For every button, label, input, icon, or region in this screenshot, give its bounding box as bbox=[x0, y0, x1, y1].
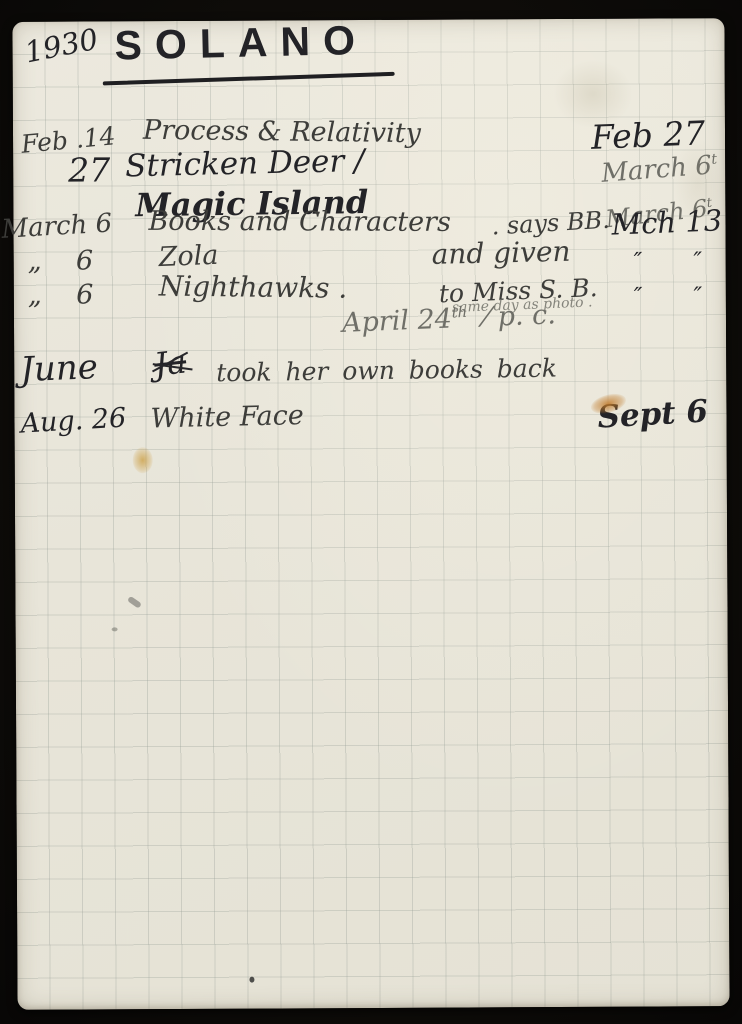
superscript: th bbox=[451, 303, 467, 322]
entry-note: . says BB. bbox=[491, 208, 610, 239]
entry-date-out: Aug. 26 bbox=[20, 405, 127, 438]
superscript: t bbox=[711, 152, 718, 168]
entry-date-returned: Sept 6 bbox=[597, 396, 709, 433]
entry-date-returned: Mch 13 bbox=[611, 206, 723, 239]
library-card: 1930 SOLANO Feb .14 Process & Relativity… bbox=[12, 18, 729, 1010]
entry-date-returned-ditto: ″ ″ bbox=[634, 285, 702, 308]
entry-date-out: March 6 bbox=[1, 210, 113, 242]
entry-book-title: Books and Characters bbox=[148, 208, 450, 236]
entry-date-returned: March 6t bbox=[600, 152, 718, 187]
card-title-member-name: SOLANO bbox=[114, 20, 368, 67]
pencil-fleck bbox=[112, 627, 118, 631]
entry-note: and given bbox=[431, 238, 570, 269]
paper-stain-yellow bbox=[133, 447, 153, 473]
crossed-out-word: Ja bbox=[153, 345, 188, 380]
entry-date-out: June bbox=[20, 350, 99, 387]
entry-book-title: Zola bbox=[158, 242, 219, 271]
paper-fleck-bottom bbox=[249, 977, 254, 983]
april-annotation: April 24th ⁄ p. c. bbox=[342, 301, 557, 337]
pencil-fleck bbox=[127, 596, 142, 609]
entry-date-returned: Feb 27 bbox=[590, 116, 705, 154]
entry-book-title: White Face bbox=[150, 402, 304, 432]
card-year: 1930 bbox=[22, 25, 100, 68]
entry-book-title: Process & Relativity bbox=[143, 117, 421, 147]
entry-book-title: Stricken Deer / bbox=[125, 146, 365, 182]
entry-date-out: „ 6 bbox=[28, 247, 94, 274]
entry-date-returned-ditto: ″ ″ bbox=[634, 250, 702, 273]
entry-date-out: 27 bbox=[68, 153, 110, 186]
entry-note: took her own books back bbox=[216, 356, 557, 386]
entry-book-title: Nighthawks . bbox=[159, 272, 348, 302]
entry-date-out: „ 6 bbox=[28, 281, 94, 308]
title-underline bbox=[103, 72, 395, 86]
